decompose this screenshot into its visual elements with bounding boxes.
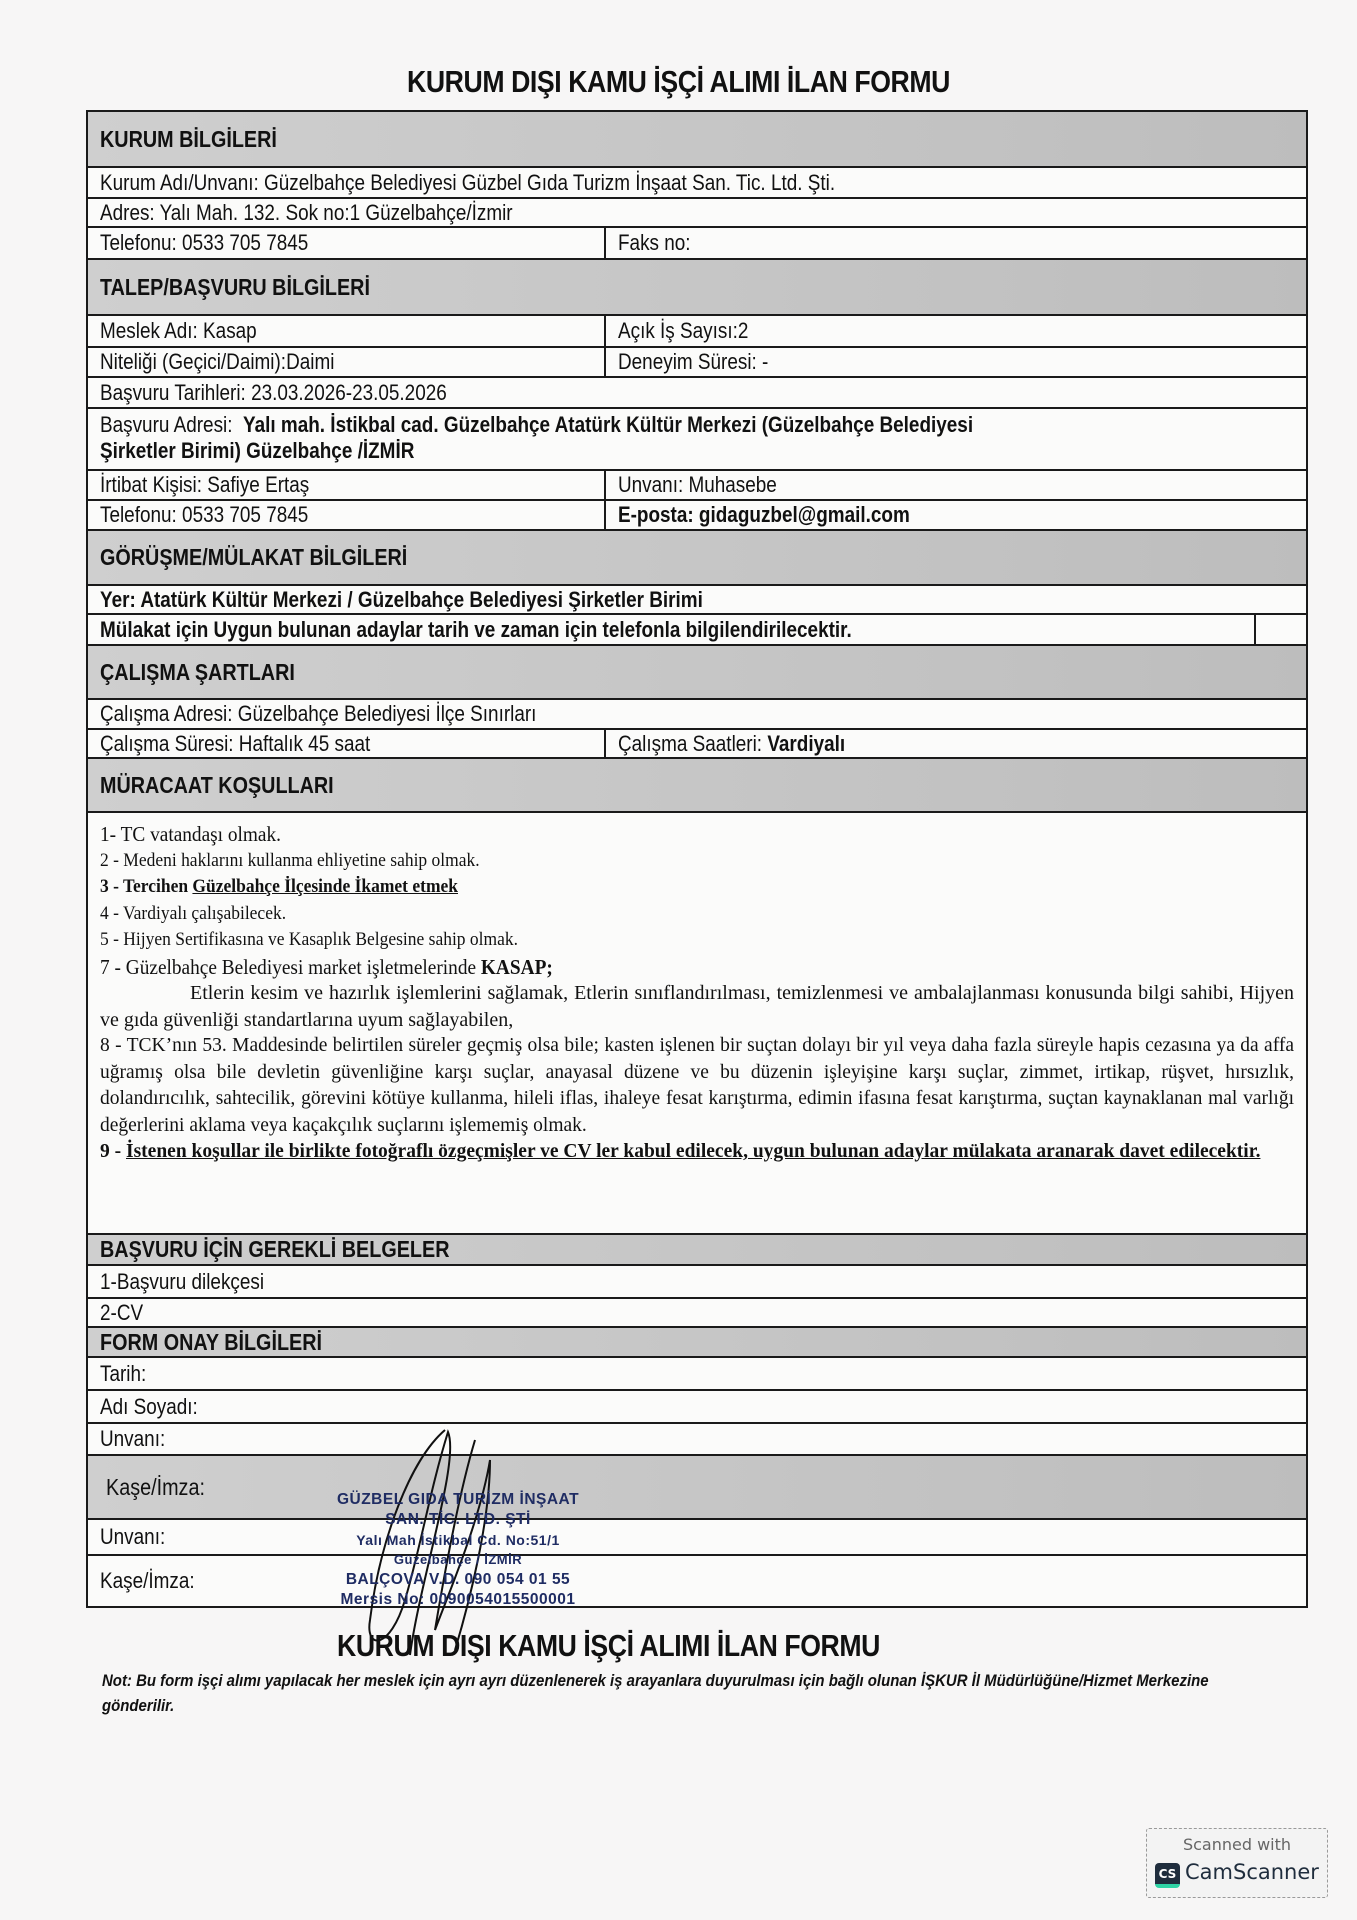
deneyim: Deneyim Süresi: - xyxy=(618,349,768,375)
talep-telefon-row: Telefonu: 0533 705 7845 E-posta: gidaguz… xyxy=(88,501,1306,531)
kurum-name-row: Kurum Adı/Unvanı: Güzelbahçe Belediyesi … xyxy=(88,168,1306,199)
onay-tarih-row: Tarih: xyxy=(88,1358,1306,1391)
talep-meslek-row: Meslek Adı: Kasap Açık İş Sayısı:2 xyxy=(88,316,1306,348)
condition-3: 3 - Tercihen Güzelbahçe İlçesinde İkamet… xyxy=(100,874,1198,901)
section-kurum-header: KURUM BİLGİLERİ xyxy=(88,112,1306,168)
condition-7: 7 - Güzelbahçe Belediyesi market işletme… xyxy=(100,954,1198,981)
onay-unvan-row: Unvanı: xyxy=(88,1424,1306,1456)
acik-is-sayisi: Açık İş Sayısı:2 xyxy=(618,318,748,344)
talep-adres-row: Başvuru Adresi: Yalı mah. İstikbal cad. … xyxy=(88,409,1306,471)
belge-item: 2-CV xyxy=(88,1299,1306,1328)
calisma-adres-row: Çalışma Adresi: Güzelbahçe Belediyesi İl… xyxy=(88,700,1306,730)
calisma-suresi: Çalışma Süresi: Haftalık 45 saat xyxy=(100,731,370,757)
condition-7-desc: Etlerin kesim ve hazırlık işlemlerini sa… xyxy=(100,980,1294,1033)
camscanner-logo-icon: CS xyxy=(1155,1863,1180,1888)
belge-item: 1-Başvuru dilekçesi xyxy=(88,1266,1306,1299)
condition-9: 9 - İstenen koşullar ile birlikte fotoğr… xyxy=(100,1139,1294,1166)
kurum-address-row: Adres: Yalı Mah. 132. Sok no:1 Güzelbahç… xyxy=(88,199,1306,228)
section-talep-header: TALEP/BAŞVURU BİLGİLERİ xyxy=(88,260,1306,316)
irtibat: İrtibat Kişisi: Safiye Ertaş xyxy=(100,472,309,498)
onay-adsoyad-row: Adı Soyadı: xyxy=(88,1391,1306,1424)
condition-5: 5 - Hijyen Sertifikasına ve Kasaplık Bel… xyxy=(100,927,1198,954)
gorusme-yer-row: Yer: Atatürk Kültür Merkezi / Güzelbahçe… xyxy=(88,586,1306,615)
condition-4: 4 - Vardiyalı çalışabilecek. xyxy=(100,901,1198,928)
basvuru-adresi: Yalı mah. İstikbal cad. Güzelbahçe Atatü… xyxy=(243,412,973,437)
onay-kase2-row: Kaşe/İmza: xyxy=(88,1556,1306,1608)
footer-note: Not: Bu form işçi alımı yapılacak her me… xyxy=(102,1668,1281,1718)
kurum-phone: Telefonu: 0533 705 7845 xyxy=(100,230,308,256)
footer-title: KURUM DIŞI KAMU İŞÇİ ALIMI İLAN FORMU xyxy=(25,1628,1192,1664)
camscanner-badge: Scanned with CS CamScanner xyxy=(1146,1828,1328,1898)
meslek: Meslek Adı: Kasap xyxy=(100,318,257,344)
onay-unvan2-row: Unvanı: xyxy=(88,1520,1306,1556)
eposta-link[interactable]: E-posta: gidaguzbel@gmail.com xyxy=(618,502,910,528)
condition-8: 8 - TCK’nın 53. Maddesinde belirtilen sü… xyxy=(100,1033,1294,1139)
talep-irtibat-row: İrtibat Kişisi: Safiye Ertaş Unvanı: Muh… xyxy=(88,471,1306,501)
kurum-fax: Faks no: xyxy=(618,230,691,256)
calisma-saatleri: Vardiyalı xyxy=(767,731,845,756)
talep-tarihler-row: Başvuru Tarihleri: 23.03.2026-23.05.2026 xyxy=(88,378,1306,409)
nitelik: Niteliği (Geçici/Daimi):Daimi xyxy=(100,349,334,375)
condition-2: 2 - Medeni haklarını kullanma ehliyetine… xyxy=(100,848,1198,875)
kurum-phone-row: Telefonu: 0533 705 7845 Faks no: xyxy=(88,228,1306,260)
unvan: Unvanı: Muhasebe xyxy=(618,472,777,498)
empty-cell xyxy=(1254,615,1306,644)
section-belgeler-header: BAŞVURU İÇİN GEREKLİ BELGELER xyxy=(88,1235,1306,1266)
section-onay-header: FORM ONAY BİLGİLERİ xyxy=(88,1328,1306,1358)
section-calisma-header: ÇALIŞMA ŞARTLARI xyxy=(88,646,1306,700)
gorusme-mulakat-row: Mülakat için Uygun bulunan adaylar tarih… xyxy=(88,615,1306,646)
section-gorusme-header: GÖRÜŞME/MÜLAKAT BİLGİLERİ xyxy=(88,531,1306,586)
condition-1: 1- TC vatandaşı olmak. xyxy=(100,821,1198,848)
page-title: KURUM DIŞI KAMU İŞÇİ ALIMI İLAN FORMU xyxy=(95,64,1262,100)
telefon: Telefonu: 0533 705 7845 xyxy=(100,502,308,528)
form-table: KURUM BİLGİLERİ Kurum Adı/Unvanı: Güzelb… xyxy=(86,110,1308,1608)
section-muracaat-header: MÜRACAAT KOŞULLARI xyxy=(88,759,1306,813)
talep-nitelik-row: Niteliği (Geçici/Daimi):Daimi Deneyim Sü… xyxy=(88,348,1306,378)
company-stamp: GÜZBEL GIDA TURİZM İNŞAAT SAN. TİC. LTD.… xyxy=(298,1490,618,1610)
onay-kase-row: Kaşe/İmza: xyxy=(88,1456,1306,1520)
calisma-sure-row: Çalışma Süresi: Haftalık 45 saat Çalışma… xyxy=(88,730,1306,759)
muracaat-conditions: 1- TC vatandaşı olmak. 2 - Medeni haklar… xyxy=(88,813,1306,1235)
